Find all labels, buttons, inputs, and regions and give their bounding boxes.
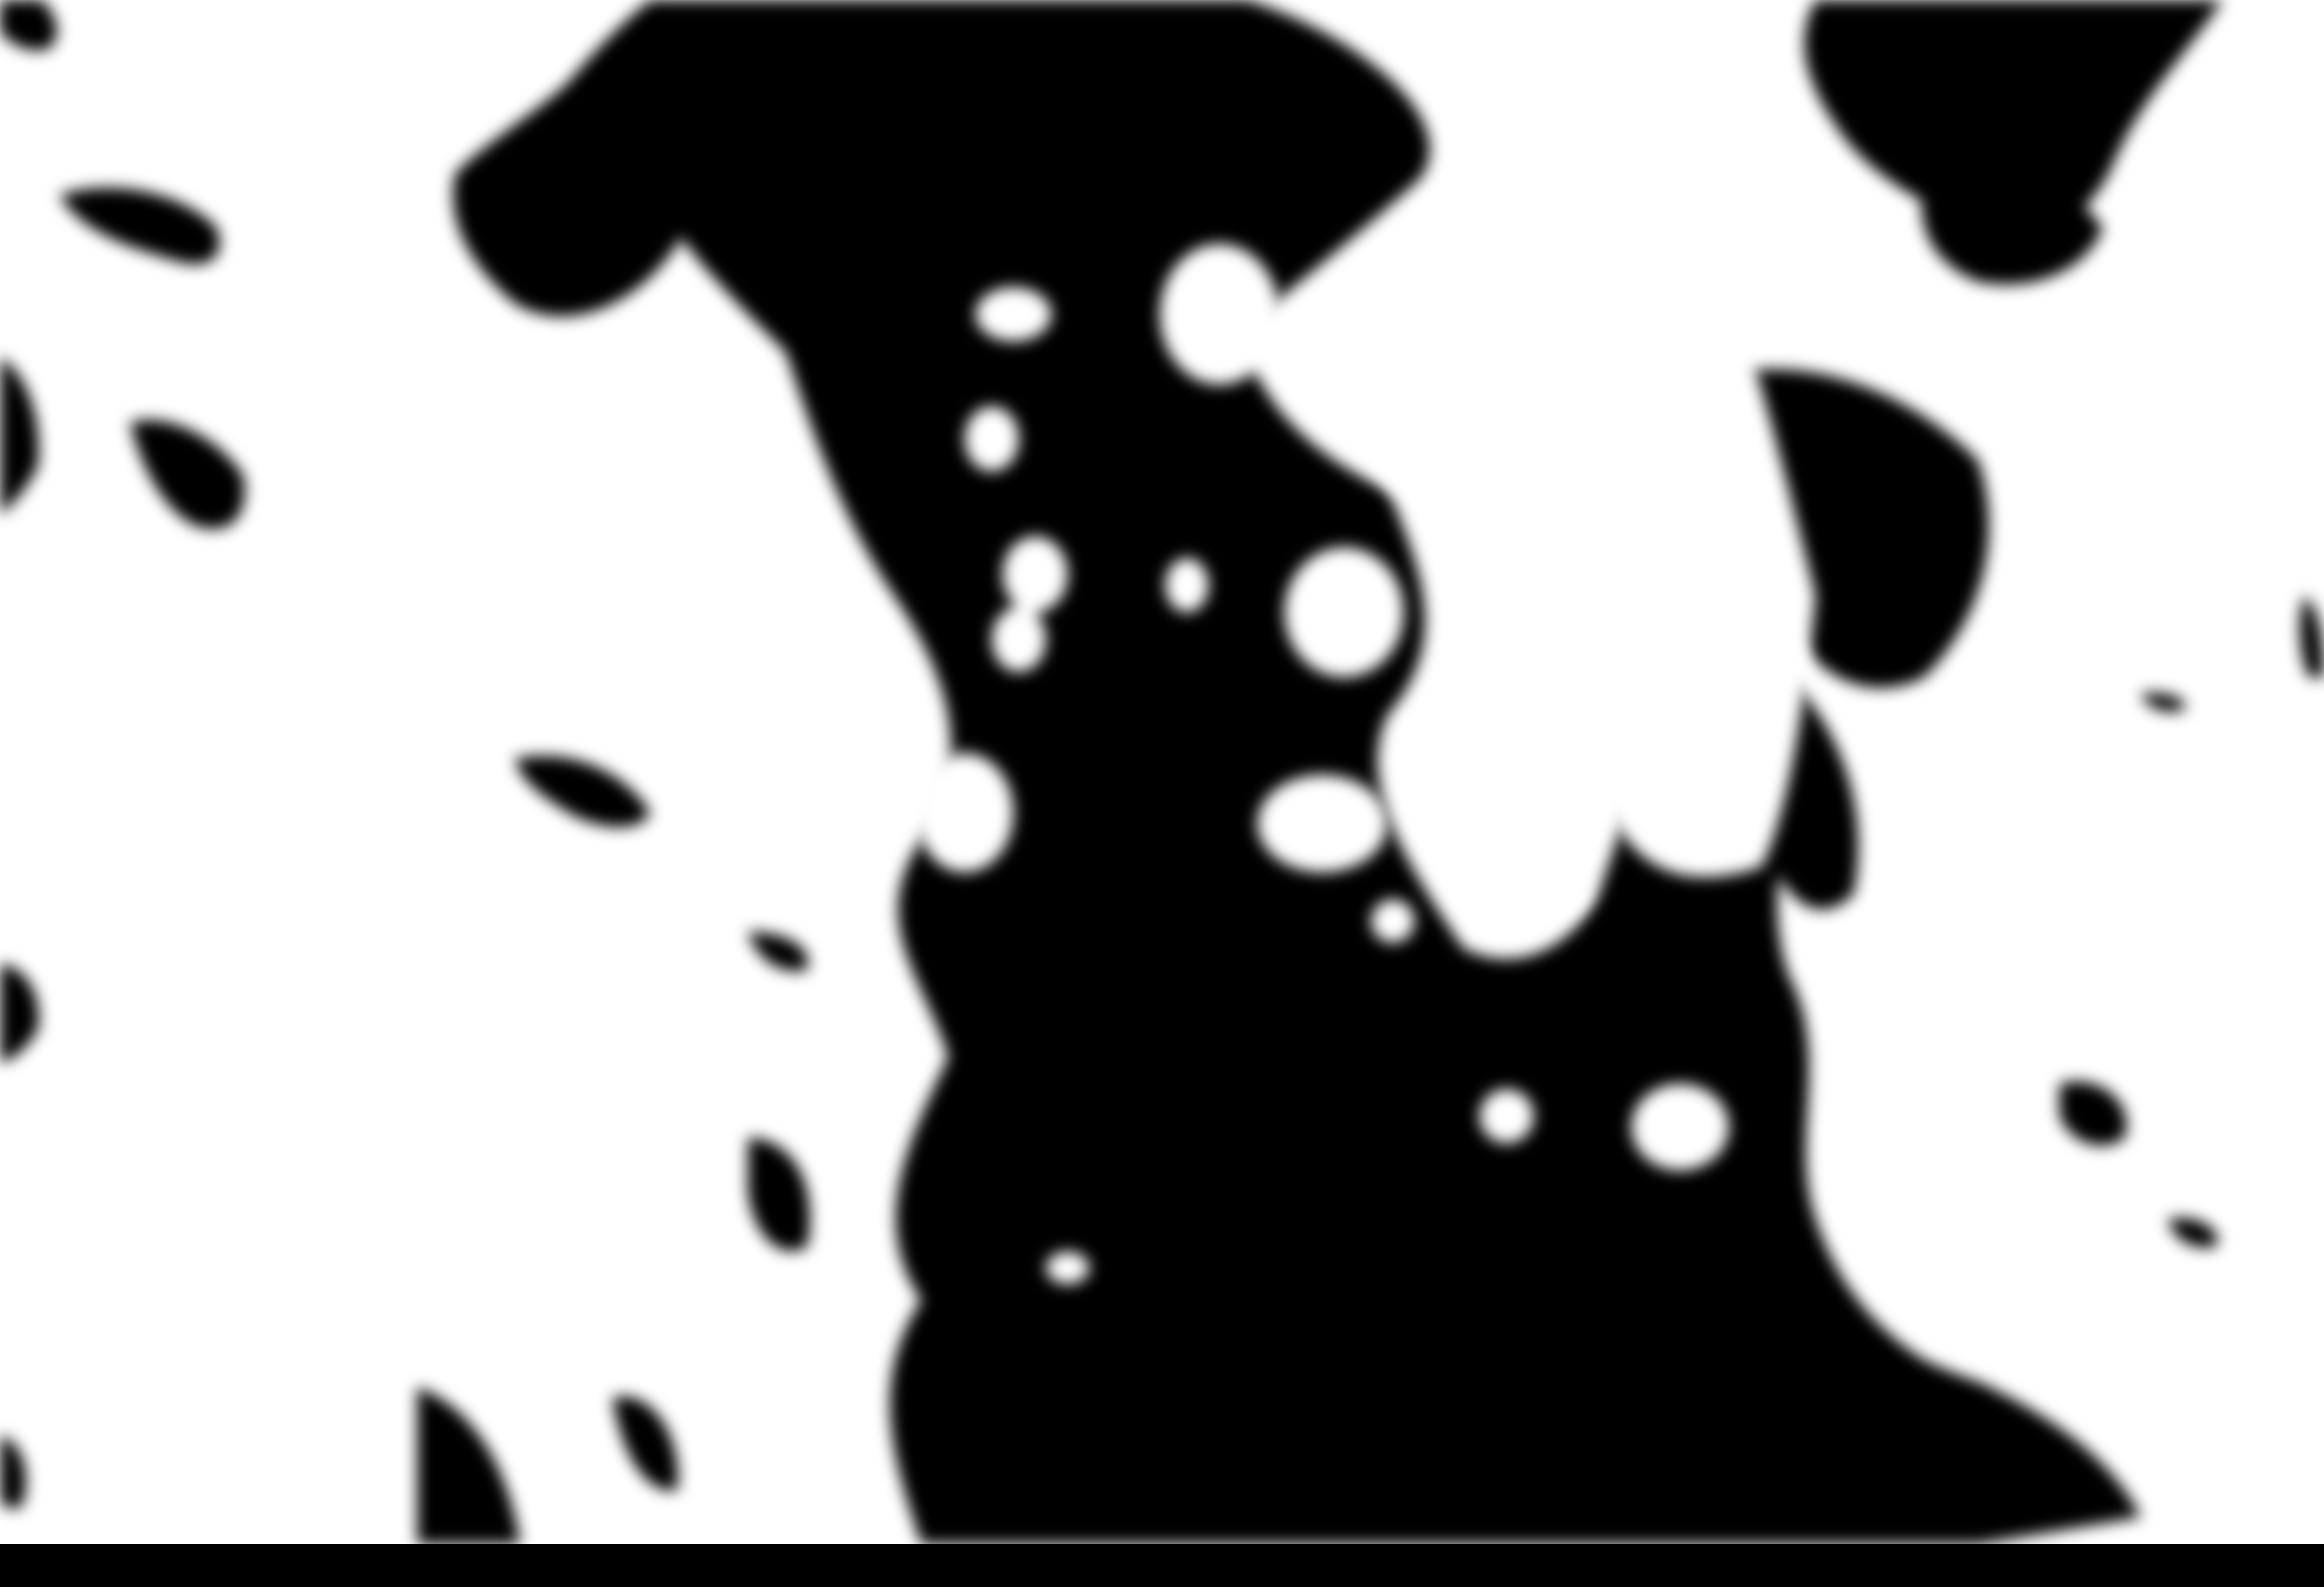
cloud-mask-image (0, 0, 2324, 1587)
bottom-band (0, 1544, 2324, 1587)
